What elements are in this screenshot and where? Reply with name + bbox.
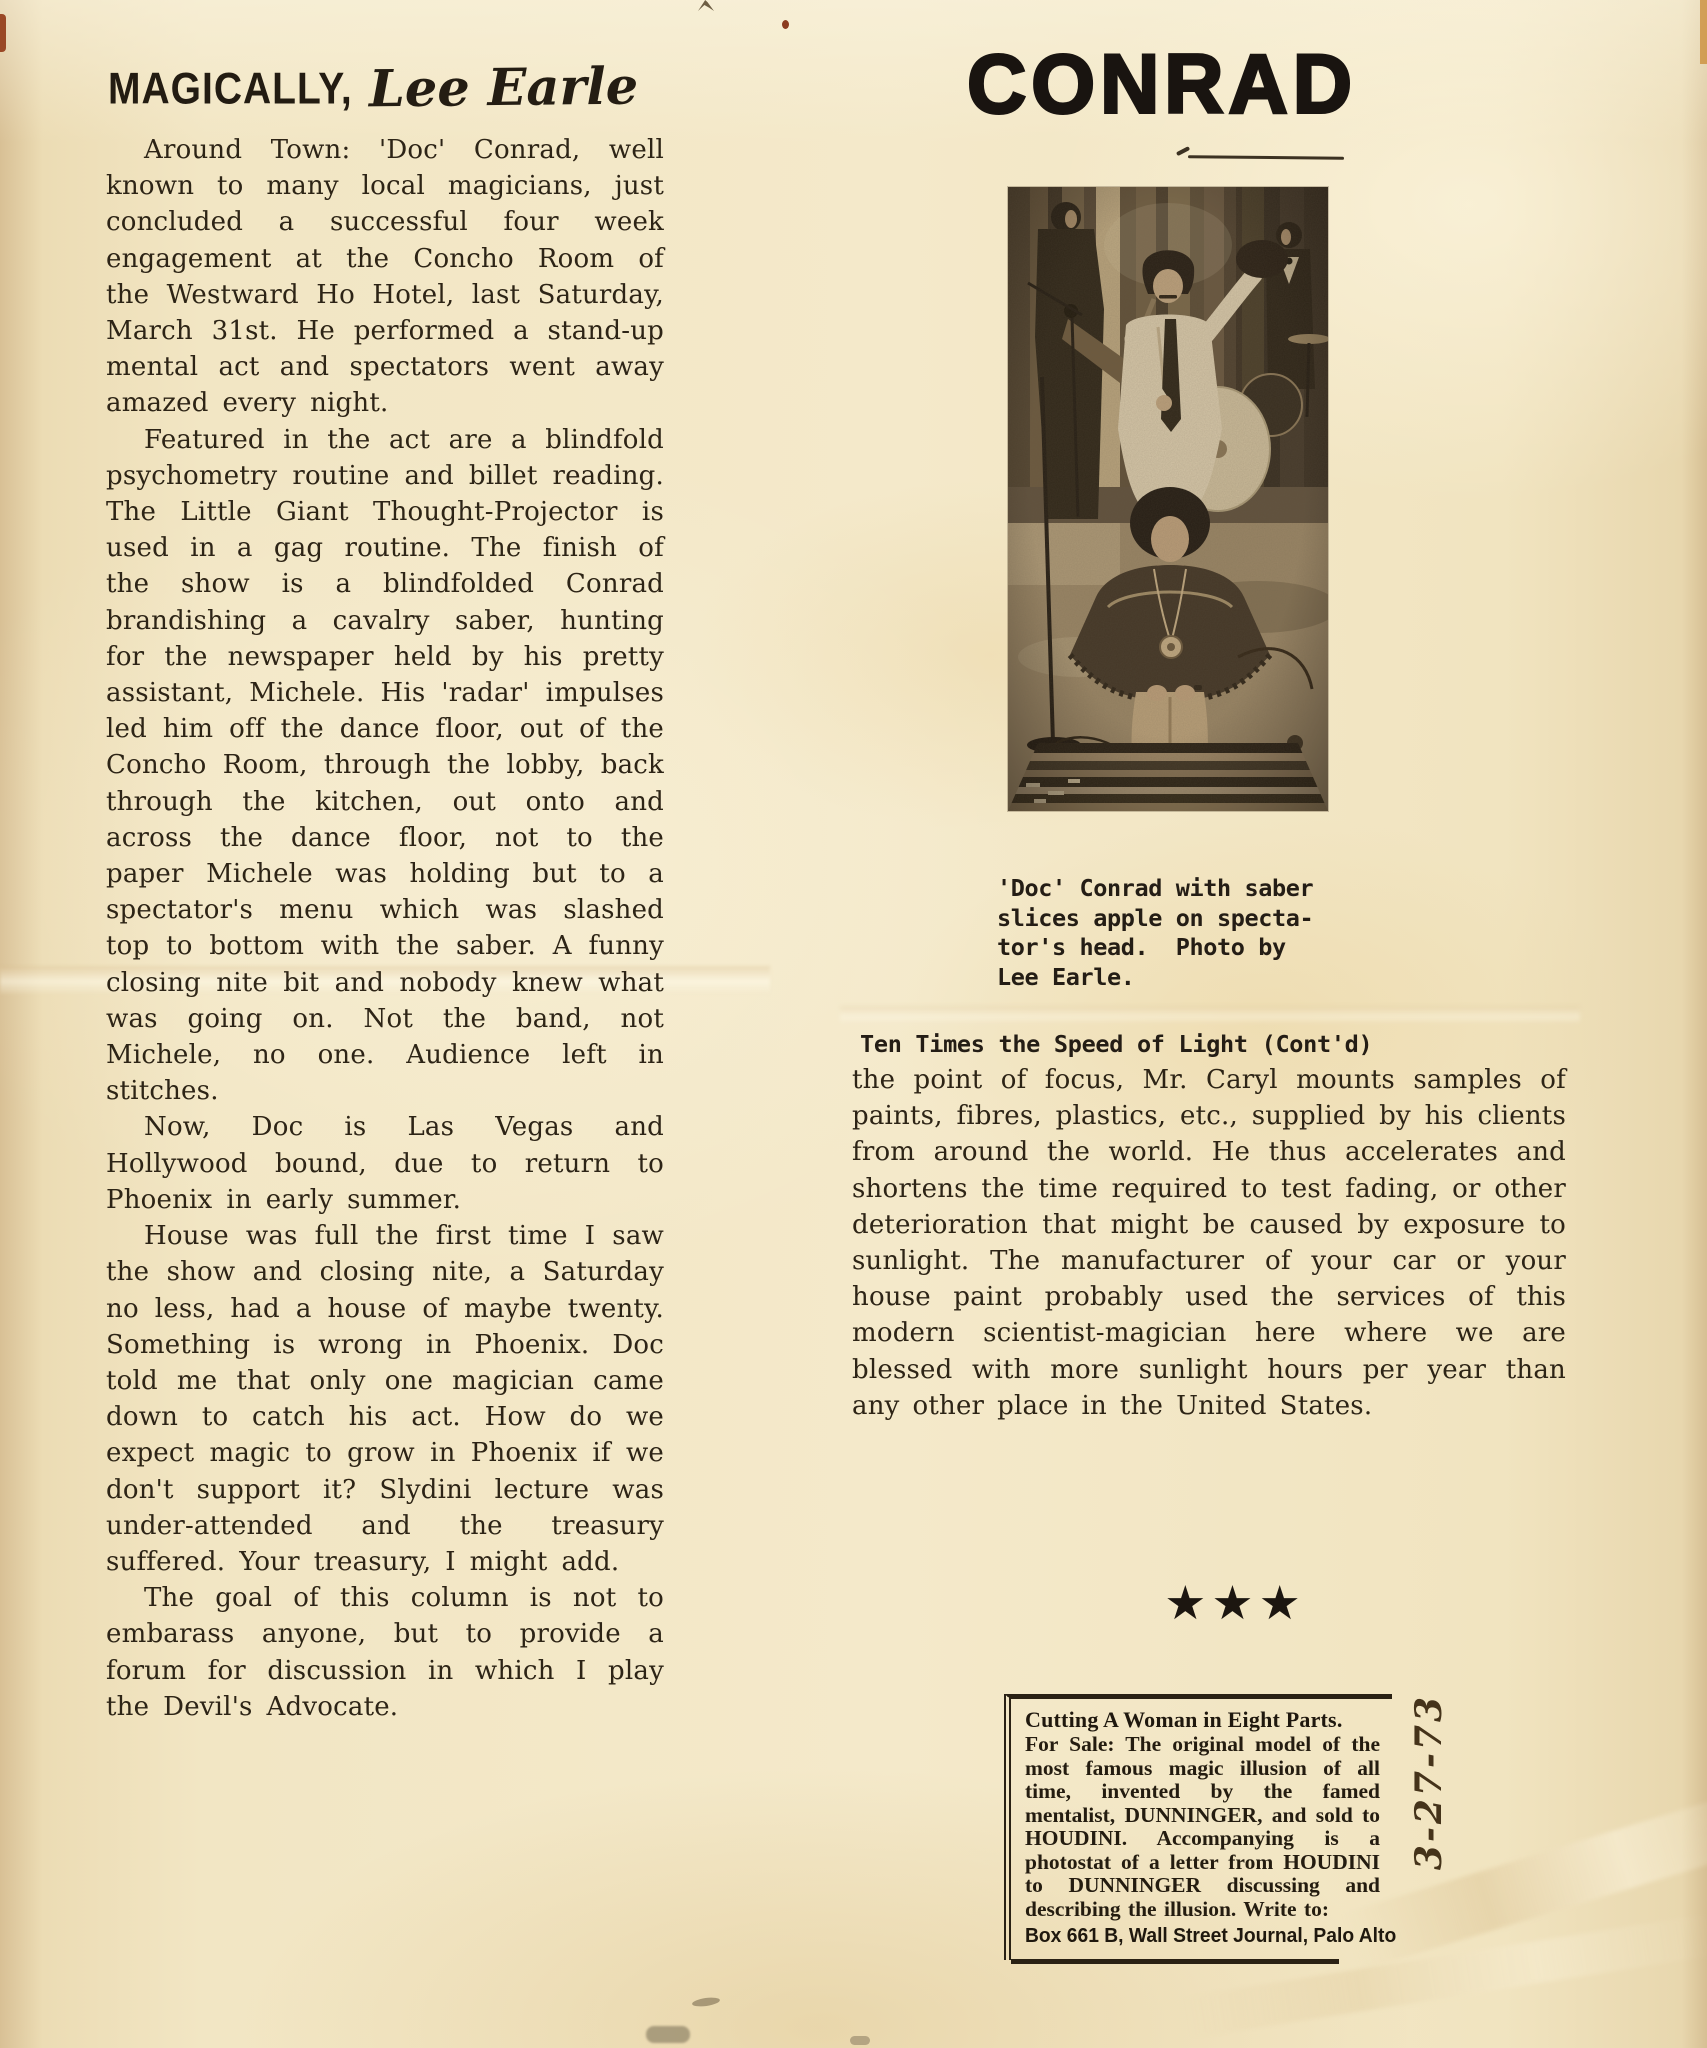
ad-title: Cutting A Woman in Eight Parts. [1025,1707,1343,1732]
paper-speck [850,2036,870,2045]
paragraph: Now, Doc is Las Vegas and Hollywood boun… [106,1109,664,1218]
column-body: Around Town: 'Doc' Conrad, well known to… [106,132,664,1725]
masthead-word-magically: MAGICALLY, [108,65,353,115]
caption-line: Lee Earle. [997,963,1367,993]
paper-speck [646,2026,690,2043]
stage-photo [1008,187,1328,811]
caption-line: slices apple on specta- [997,904,1367,934]
classified-ad-clipping: Cutting A Woman in Eight Parts. For Sale… [1004,1694,1392,1960]
page-title-conrad: CONRAD [952,43,1372,127]
ad-address: Box 661 B, Wall Street Journal, Palo Alt… [1025,1924,1359,1948]
column-masthead: MAGICALLY, Lee Earle [108,58,664,118]
paper-speck [782,20,789,29]
newsletter-page: MAGICALLY, Lee Earle Around Town: 'Doc' … [0,0,1707,2048]
masthead-byline-lee-earle: Lee Earle [368,57,638,120]
ad-body: For Sale: The original model of the most… [1025,1733,1380,1921]
continued-article: Ten Times the Speed of Light (Cont'd) th… [852,1030,1566,1424]
pen-underline [1188,155,1344,160]
caption-line: 'Doc' Conrad with saber [997,874,1367,904]
paragraph: The goal of this column is not to embara… [106,1580,664,1725]
paragraph: House was full the first time I saw the … [106,1218,664,1580]
left-column: MAGICALLY, Lee Earle Around Town: 'Doc' … [106,58,664,1725]
paper-speck [0,14,6,52]
paper-speck [698,0,714,11]
continued-article-body: the point of focus, Mr. Caryl mounts sam… [852,1062,1566,1424]
paragraph: Around Town: 'Doc' Conrad, well known to… [106,132,664,422]
continued-article-heading: Ten Times the Speed of Light (Cont'd) [860,1030,1566,1058]
paper-speck [692,1996,721,2008]
handwritten-date: 3-27-73 [1408,1682,1452,1882]
paper-speck [1700,0,1707,64]
photo-caption: 'Doc' Conrad with saber slices apple on … [997,874,1367,992]
paragraph: Featured in the act are a blindfold psyc… [106,422,664,1110]
three-stars-divider: ★★★ [1140,1576,1330,1631]
caption-line: tor's head. Photo by [997,933,1367,963]
paper-crease [840,1006,1580,1024]
